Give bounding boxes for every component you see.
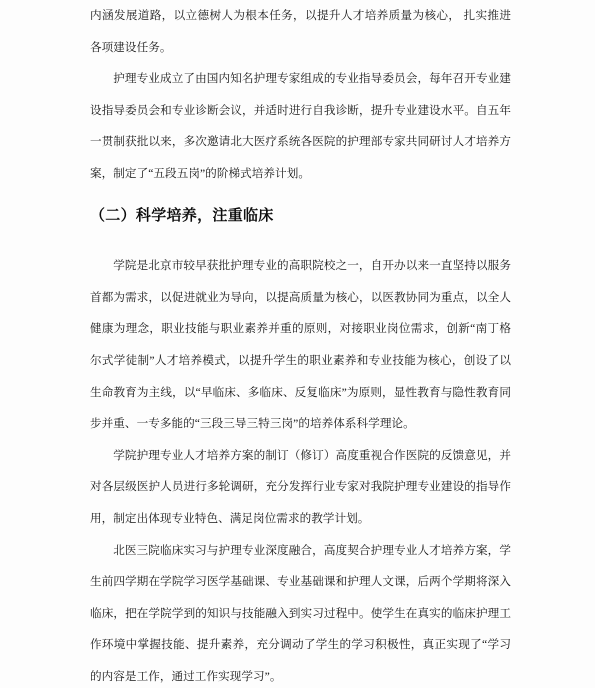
paragraph: 学院护理专业人才培养方案的制订（修订）高度重视合作医院的反馈意见，并对各层级医护… bbox=[90, 440, 511, 535]
paragraph-continuation: 内涵发展道路，以立德树人为根本任务，以提升人才培养质量为核心， 扎实推进各项建设… bbox=[90, 0, 511, 63]
paragraph: 护理专业成立了由国内知名护理专家组成的专业指导委员会，每年召开专业建设指导委员会… bbox=[90, 63, 511, 189]
section-heading: （二）科学培养，注重临床 bbox=[90, 200, 511, 232]
paragraph: 北医三院临床实习与护理专业深度融合，高度契合护理专业人才培养方案，学生前四学期在… bbox=[90, 535, 511, 688]
document-page: 内涵发展道路，以立德树人为根本任务，以提升人才培养质量为核心， 扎实推进各项建设… bbox=[0, 0, 595, 688]
paragraph: 学院是北京市较早获批护理专业的高职院校之一，自开办以来一直坚持以服务首都为需求，… bbox=[90, 250, 511, 440]
